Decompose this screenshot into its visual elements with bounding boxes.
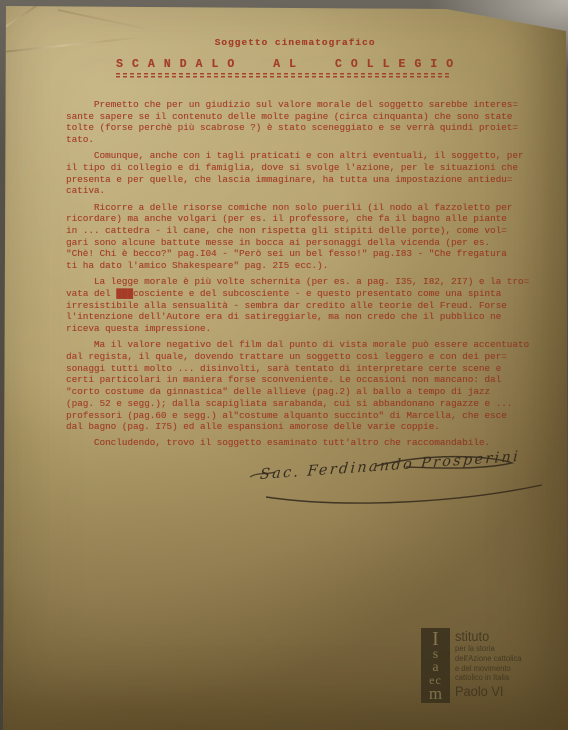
signature: Sac. Ferdinando Prosperini (248, 450, 548, 514)
typewritten-content: Soggetto cinematografico SCANDALO AL COL… (66, 37, 524, 454)
paragraph: Ma il valore negativo del film dal punto… (66, 339, 524, 433)
monogram-letter: m (429, 686, 442, 701)
document-title-block: SCANDALO AL COLLEGIO (116, 58, 452, 78)
paragraph: Comunque, anche con i tagli praticati e … (66, 150, 524, 197)
paper-crease (58, 9, 176, 35)
document-kicker: Soggetto cinematografico (66, 37, 524, 48)
document-body: Premetto che per un giudizio sul valore … (66, 99, 524, 449)
paragraph: La legge morale è più volte schernita (p… (66, 276, 524, 335)
document-page: Soggetto cinematografico SCANDALO AL COL… (0, 0, 568, 730)
paragraph: Ricorre a delle risorse comiche non solo… (66, 202, 524, 272)
monogram-letter: a (432, 661, 438, 674)
title-underline (116, 73, 452, 78)
watermark-line: stituto (455, 629, 522, 644)
watermark-line: dell'Azione cattolica (455, 654, 522, 664)
watermark-line: e del movimento (455, 664, 522, 674)
monogram-letter: I (432, 631, 439, 648)
paragraph: Premetto che per un giudizio sul valore … (66, 99, 524, 146)
monogram-letter: s (433, 648, 438, 661)
watermark-line: per la storia (455, 644, 522, 654)
archive-watermark: Isaecm stitutoper la storiadell'Azione c… (421, 628, 525, 703)
document-title: SCANDALO AL COLLEGIO (116, 58, 452, 71)
watermark-line: Paolo VI (455, 684, 522, 699)
paragraph: Concludendo, trovo il soggetto esaminato… (66, 437, 524, 449)
watermark-monogram: Isaecm (421, 628, 450, 703)
watermark-text: stitutoper la storiadell'Azione cattolic… (455, 628, 522, 703)
watermark-line: cattolico in Italia (455, 673, 522, 683)
